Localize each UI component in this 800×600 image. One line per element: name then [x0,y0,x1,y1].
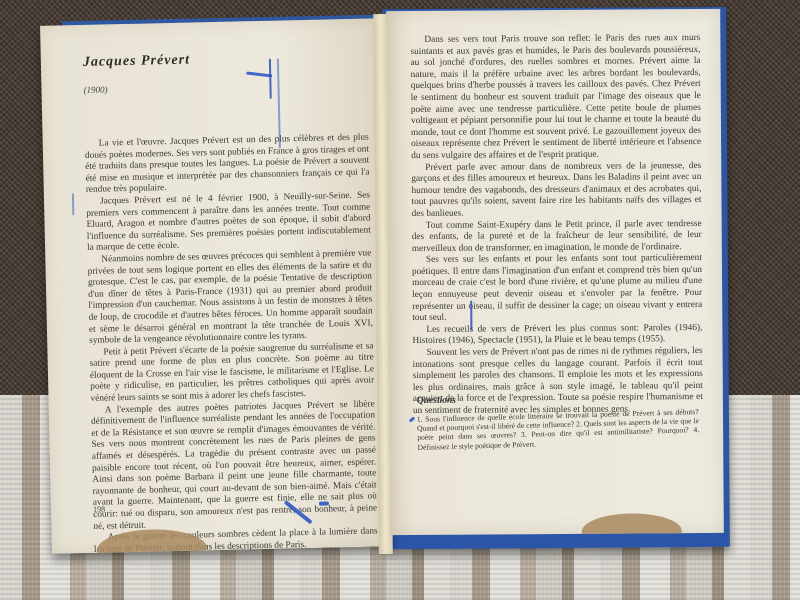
left-page-body: La vie et l'œuvre. Jacques Prévert est u… [85,132,378,556]
ink-mark [409,416,416,422]
paragraph: A l'exemple des autres poètes patriotes … [91,399,378,533]
author-years: (1900) [83,84,107,95]
left-page: Jacques Prévert (1900) La vie et l'œuvre… [40,18,392,554]
right-page-body: Dans ses vers tout Paris trouve son refl… [410,33,703,418]
ink-mark [319,501,329,505]
ink-mark [269,59,272,99]
right-page: Dans ses vers tout Paris trouve son refl… [386,9,724,535]
paragraph: La vie et l'œuvre. Jacques Prévert est u… [85,132,370,196]
paragraph: Prévert parle avec amour dans de nombreu… [411,161,701,221]
paragraph: Néanmoins nombre de ses œuvres précoces … [87,248,373,347]
paragraph: Les recueils de vers de Prévert les plus… [412,323,702,348]
paragraph: Dans ses vers tout Paris trouve son refl… [410,33,701,163]
paragraph: Souvent les vers de Prévert n'ont pas de… [413,346,703,418]
paragraph: Jacques Prévert est né le 4 février 1900… [86,190,371,254]
questions-text: 1. Sous l'influence de quelle école litt… [417,407,700,452]
questions-heading: Questions [417,396,456,406]
coffee-stain [582,513,682,534]
ink-mark [72,193,74,215]
paragraph: Petit à petit Prévert s'écarte de la poé… [89,341,374,405]
paragraph: Tout comme Saint-Exupéry dans le Petit p… [412,218,702,255]
paragraph: Ses vers sur les enfants et pour les enf… [412,253,702,325]
author-title: Jacques Prévert [83,53,190,71]
page-number: 198 [93,505,105,514]
ink-mark [470,301,472,331]
